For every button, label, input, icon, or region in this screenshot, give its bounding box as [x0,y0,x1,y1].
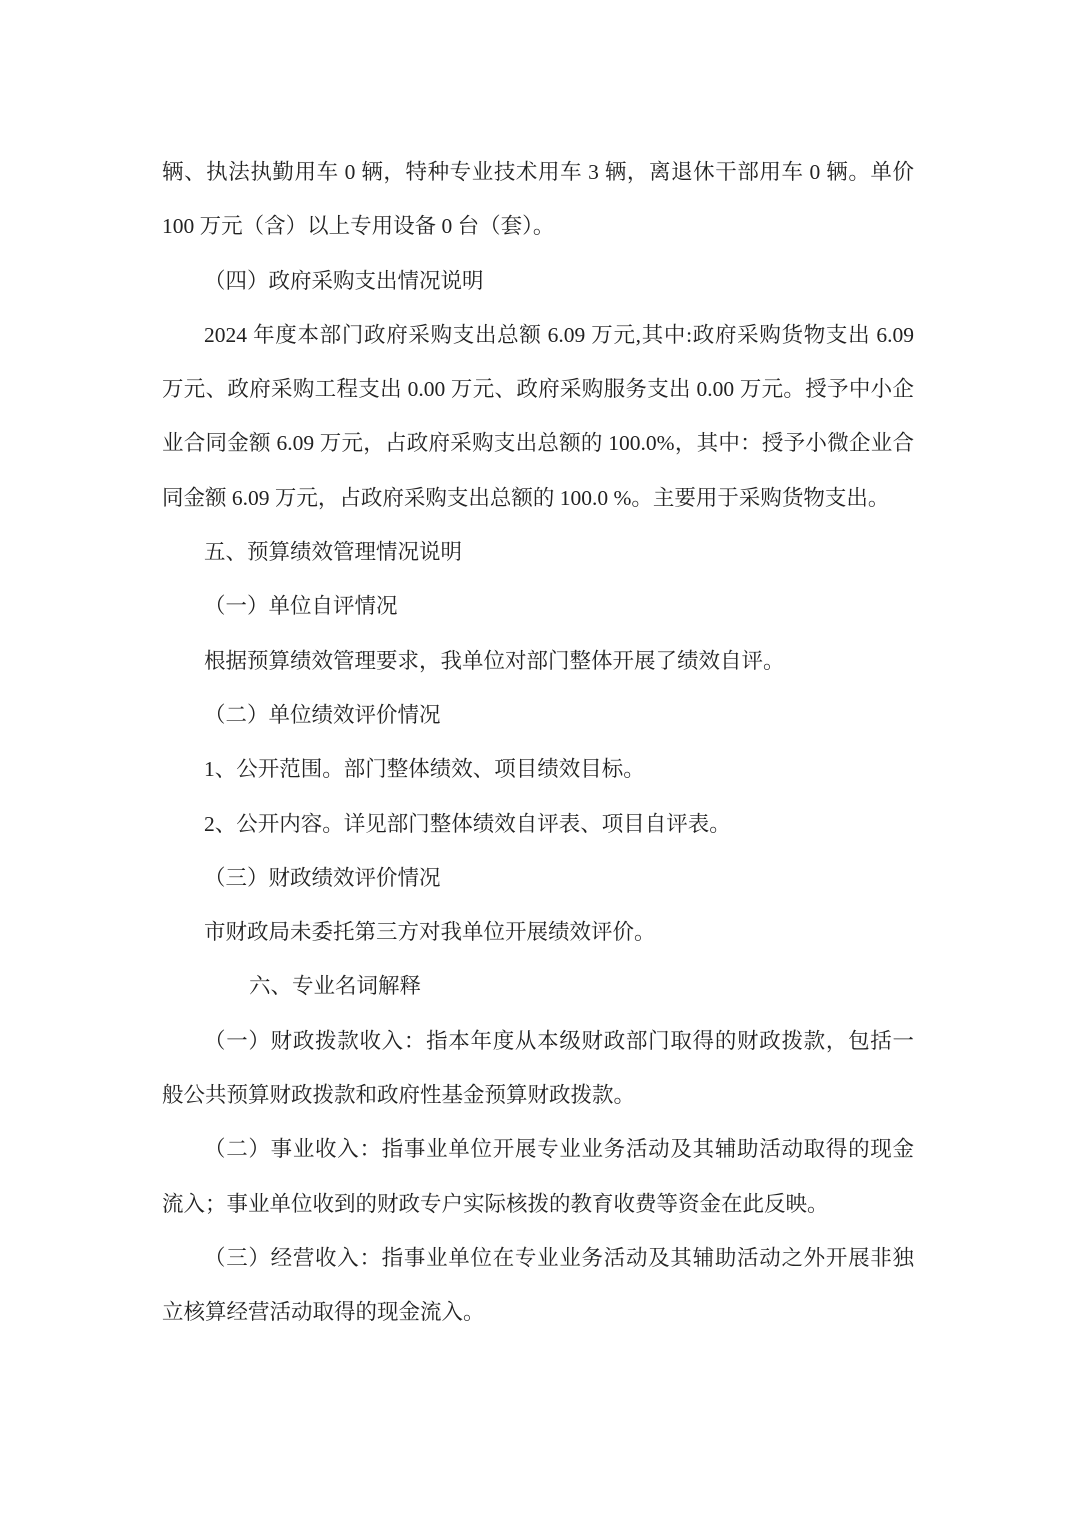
text-line: （一）财政拨款收入：指本年度从本级财政部门取得的财政拨款，包括一 [162,1014,914,1068]
section-heading: 六、专业名词解释 [162,959,914,1013]
section-heading: 五、预算绩效管理情况说明 [162,525,914,579]
text-line: （三）经营收入：指事业单位在专业业务活动及其辅助活动之外开展非独 [162,1231,914,1285]
section-heading: （三）财政绩效评价情况 [162,851,914,905]
text-line: 2、公开内容。详见部门整体绩效自评表、项目自评表。 [162,797,914,851]
text-line: 根据预算绩效管理要求，我单位对部门整体开展了绩效自评。 [162,634,914,688]
section-heading: （四）政府采购支出情况说明 [162,254,914,308]
text-line: 市财政局未委托第三方对我单位开展绩效评价。 [162,905,914,959]
text-line: 1、公开范围。部门整体绩效、项目绩效目标。 [162,742,914,796]
text-line: （二）事业收入：指事业单位开展专业业务活动及其辅助活动取得的现金 [162,1122,914,1176]
text-line: 同金额 6.09 万元，占政府采购支出总额的 100.0 %。主要用于采购货物支… [162,471,914,525]
text-line: 辆、执法执勤用车 0 辆，特种专业技术用车 3 辆，离退休干部用车 0 辆。单价 [162,145,914,199]
text-line: 100 万元（含）以上专用设备 0 台（套）。 [162,199,914,253]
text-line: 业合同金额 6.09 万元，占政府采购支出总额的 100.0%，其中：授予小微企… [162,416,914,470]
section-heading: （二）单位绩效评价情况 [162,688,914,742]
document-page: 辆、执法执勤用车 0 辆，特种专业技术用车 3 辆，离退休干部用车 0 辆。单价… [0,0,1074,1520]
document-text-block: 辆、执法执勤用车 0 辆，特种专业技术用车 3 辆，离退休干部用车 0 辆。单价… [162,145,914,1340]
text-line: 万元、政府采购工程支出 0.00 万元、政府采购服务支出 0.00 万元。授予中… [162,362,914,416]
section-heading: （一）单位自评情况 [162,579,914,633]
text-line: 立核算经营活动取得的现金流入。 [162,1285,914,1339]
text-line: 流入；事业单位收到的财政专户实际核拨的教育收费等资金在此反映。 [162,1177,914,1231]
text-line: 2024 年度本部门政府采购支出总额 6.09 万元,其中:政府采购货物支出 6… [162,308,914,362]
text-line: 般公共预算财政拨款和政府性基金预算财政拨款。 [162,1068,914,1122]
